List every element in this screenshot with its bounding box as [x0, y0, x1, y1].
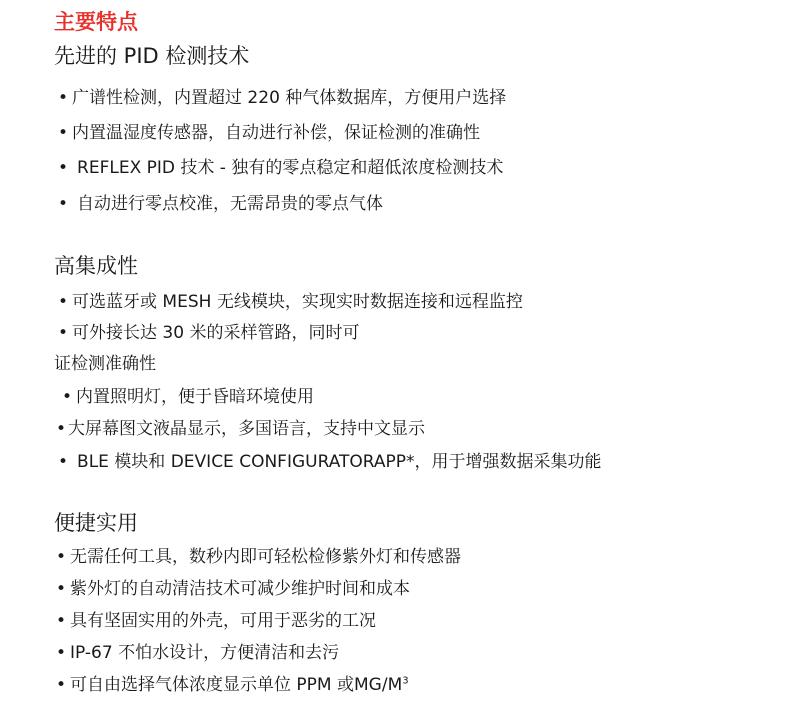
- bullet-icon: •: [58, 292, 68, 312]
- list-item: •广谱性检测，内置超过 220 种气体数据库，方便用户选择: [58, 83, 506, 108]
- bullet-icon: •: [56, 675, 66, 695]
- list-item: •自动进行零点校准，无需昂贵的零点气体: [58, 189, 383, 214]
- bullet-icon: •: [56, 419, 66, 439]
- list-item: •内置温湿度传感器，自动进行补偿，保证检测的准确性: [58, 118, 480, 143]
- bullet-icon: •: [56, 547, 66, 567]
- bullet-icon: •: [58, 452, 68, 472]
- bullet-icon: •: [58, 88, 68, 108]
- list-item: •可外接长达 30 米的采样管路，同时可: [58, 318, 359, 343]
- list-item: •可自由选择气体浓度显示单位 PPM 或MG/M3: [56, 670, 409, 695]
- list-item-continuation: 证检测准确性: [54, 349, 156, 374]
- section-heading-pid: 先进的 PID 检测技术: [54, 40, 249, 70]
- bullet-icon: •: [56, 611, 66, 631]
- bullet-icon: •: [58, 158, 68, 178]
- list-item: •紫外灯的自动清洁技术可减少维护时间和成本: [56, 574, 410, 599]
- list-item: •内置照明灯，便于昏暗环境使用: [62, 382, 314, 407]
- bullet-icon: •: [58, 323, 68, 343]
- list-item: •具有坚固实用的外壳，可用于恶劣的工况: [56, 606, 376, 631]
- list-item: •BLE 模块和 DEVICE CONFIGURATORAPP*，用于增强数据采…: [58, 447, 602, 472]
- list-item: •可选蓝牙或 MESH 无线模块，实现实时数据连接和远程监控: [58, 287, 523, 312]
- list-item: •IP-67 不怕水设计，方便清洁和去污: [56, 638, 339, 663]
- bullet-icon: •: [62, 387, 72, 407]
- bullet-icon: •: [56, 643, 66, 663]
- section-heading-integration: 高集成性: [54, 250, 138, 280]
- superscript-exponent: 3: [402, 675, 408, 686]
- section-heading-convenience: 便捷实用: [54, 507, 138, 537]
- bullet-icon: •: [58, 123, 68, 143]
- list-item: •无需任何工具，数秒内即可轻松检修紫外灯和传感器: [56, 542, 461, 567]
- list-item: •REFLEX PID 技术 - 独有的零点稳定和超低浓度检测技术: [58, 153, 503, 178]
- page-title: 主要特点: [54, 6, 138, 36]
- bullet-icon: •: [58, 194, 68, 214]
- list-item: •大屏幕图文液晶显示，多国语言，支持中文显示: [56, 414, 425, 439]
- bullet-icon: •: [56, 579, 66, 599]
